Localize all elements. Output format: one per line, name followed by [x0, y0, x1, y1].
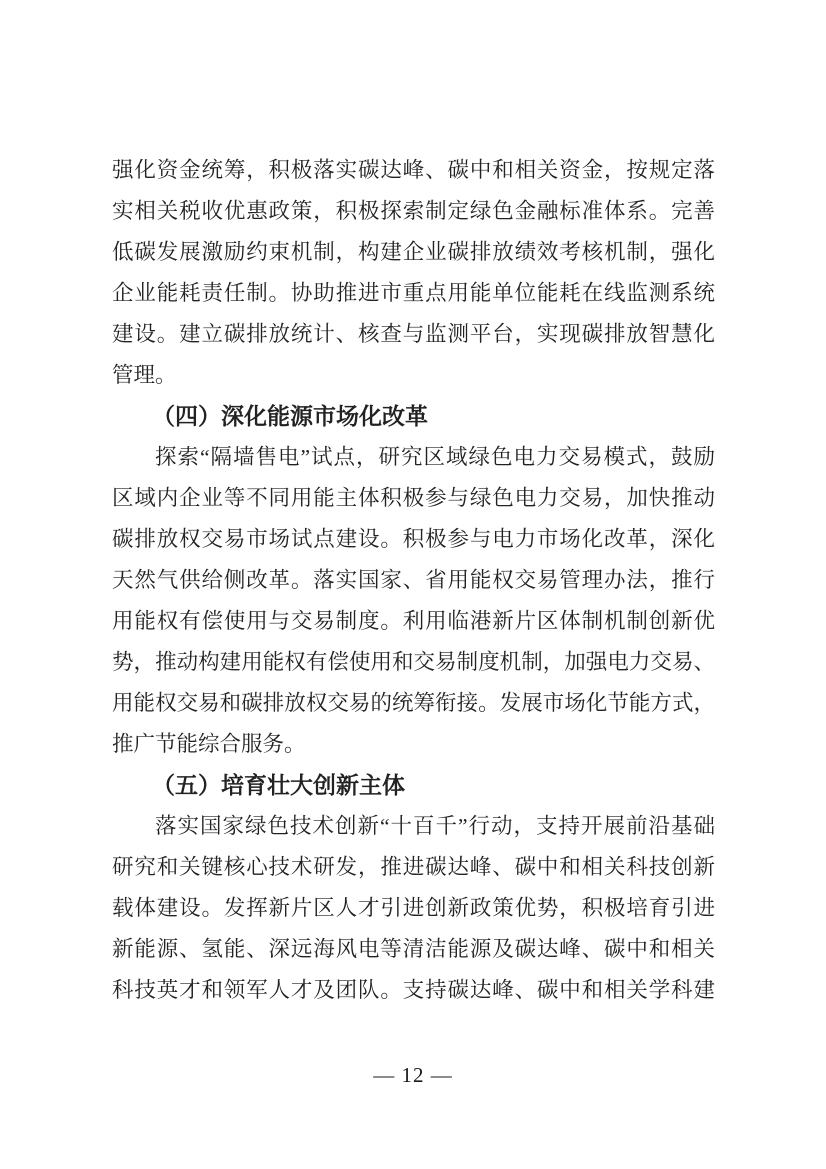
text-line: 研究和关键核心技术研发，推进碳达峰、碳中和相关科技创新	[112, 847, 715, 888]
text-line: 势，推动构建用能权有偿使用和交易制度机制，加强电力交易、	[112, 642, 715, 683]
text-line: 用能权有偿使用与交易制度。利用临港新片区体制机制创新优	[112, 601, 715, 642]
text-line: 管理。	[112, 355, 715, 396]
text-line: 载体建设。发挥新片区人才引进创新政策优势，积极培育引进	[112, 888, 715, 929]
text-line: 科技英才和领军人才及团队。支持碳达峰、碳中和相关学科建	[112, 970, 715, 1011]
text-line: 新能源、氢能、深远海风电等清洁能源及碳达峰、碳中和相关	[112, 929, 715, 970]
document-body: 强化资金统筹，积极落实碳达峰、碳中和相关资金，按规定落 实相关税收优惠政策，积极…	[112, 150, 715, 1011]
text-line: 用能权交易和碳排放权交易的统筹衔接。发展市场化节能方式，	[112, 683, 715, 724]
document-page: 强化资金统筹，积极落实碳达峰、碳中和相关资金，按规定落 实相关税收优惠政策，积极…	[0, 0, 826, 1169]
text-line: 推广节能综合服务。	[112, 724, 715, 765]
text-line: 企业能耗责任制。协助推进市重点用能单位能耗在线监测系统	[112, 273, 715, 314]
section-heading-5: （五）培育壮大创新主体	[112, 765, 715, 806]
text-line: 碳排放权交易市场试点建设。积极参与电力市场化改革，深化	[112, 519, 715, 560]
text-line: 天然气供给侧改革。落实国家、省用能权交易管理办法，推行	[112, 560, 715, 601]
section-heading-4: （四）深化能源市场化改革	[112, 396, 715, 437]
text-line: 区域内企业等不同用能主体积极参与绿色电力交易，加快推动	[112, 478, 715, 519]
text-line: 探索“隔墙售电”试点，研究区域绿色电力交易模式，鼓励	[112, 437, 715, 478]
page-number: — 12 —	[0, 1063, 826, 1088]
text-line: 强化资金统筹，积极落实碳达峰、碳中和相关资金，按规定落	[112, 150, 715, 191]
text-line: 建设。建立碳排放统计、核查与监测平台，实现碳排放智慧化	[112, 314, 715, 355]
text-line: 落实国家绿色技术创新“十百千”行动，支持开展前沿基础	[112, 806, 715, 847]
text-line: 低碳发展激励约束机制，构建企业碳排放绩效考核机制，强化	[112, 232, 715, 273]
text-line: 实相关税收优惠政策，积极探索制定绿色金融标准体系。完善	[112, 191, 715, 232]
